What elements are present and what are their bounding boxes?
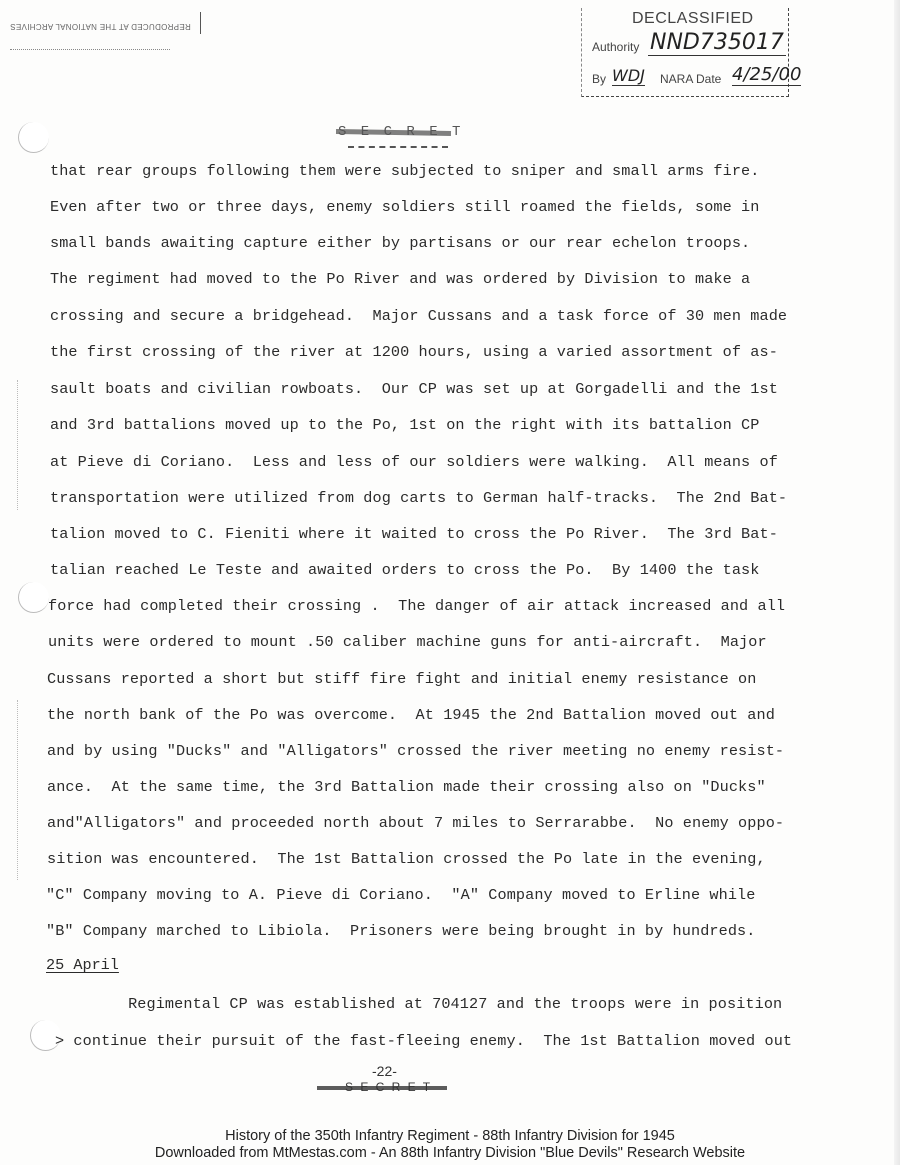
text-line: small bands awaiting capture either by p…: [50, 234, 750, 252]
footer-source-line: Downloaded from MtMestas.com - An 88th I…: [0, 1145, 900, 1162]
text-line: at Pieve di Coriano. Less and less of ou…: [50, 453, 778, 471]
text-line: talion moved to C. Fieniti where it wait…: [50, 525, 778, 543]
text-line: transportation were utilized from dog ca…: [50, 489, 787, 507]
text-line: units were ordered to mount .50 caliber …: [48, 633, 767, 651]
text-line: that rear groups following them were sub…: [50, 162, 759, 180]
text-line: the first crossing of the river at 1200 …: [50, 343, 778, 361]
text-line: force had completed their crossing . The…: [48, 597, 785, 615]
repro-stamp-underline: [10, 49, 170, 51]
classification-marking-top: S E C R E T: [338, 124, 463, 140]
nara-date-label: NARA Date: [660, 72, 721, 86]
text-line: sition was encountered. The 1st Battalio…: [47, 850, 766, 868]
text-line: Even after two or three days, enemy sold…: [50, 198, 759, 216]
text-line: and by using "Ducks" and "Alligators" cr…: [47, 742, 784, 760]
text-line: the north bank of the Po was overcome. A…: [47, 706, 775, 724]
text-line: talian reached Le Teste and awaited orde…: [50, 561, 759, 579]
nara-date-value: 4/25/00: [732, 64, 801, 86]
text-line: "B" Company marched to Libiola. Prisoner…: [46, 922, 755, 940]
punch-hole-mark: [18, 582, 49, 613]
text-line: and 3rd battalions moved up to the Po, 1…: [50, 416, 759, 434]
text-line: The regiment had moved to the Po River a…: [50, 270, 750, 288]
page-edge-shadow: [894, 0, 900, 1165]
archives-repro-stamp: REPRODUCED AT THE NATIONAL ARCHIVES: [10, 22, 191, 31]
strikethrough-mark: [317, 1086, 447, 1090]
text-line: > continue their pursuit of the fast-fle…: [55, 1032, 792, 1050]
footer-title-line: History of the 350th Infantry Regiment -…: [0, 1128, 900, 1145]
declassified-title: DECLASSIFIED: [632, 10, 754, 28]
page-number: -22-: [372, 1063, 397, 1079]
text-line: Regimental CP was established at 704127 …: [82, 995, 782, 1013]
margin-scan-line: [17, 380, 19, 510]
document-page: REPRODUCED AT THE NATIONAL ARCHIVES DECL…: [0, 0, 900, 1165]
punch-hole-mark: [18, 122, 49, 153]
text-line: "C" Company moving to A. Pieve di Corian…: [46, 886, 755, 904]
text-line: crossing and secure a bridgehead. Major …: [50, 307, 787, 325]
by-initials: WDJ: [612, 66, 645, 86]
authority-value: NND735017: [648, 30, 786, 56]
text-line: ance. At the same time, the 3rd Battalio…: [47, 778, 766, 796]
classification-marking-bottom: S E C R E T: [345, 1080, 432, 1094]
text-line: sault boats and civilian rowboats. Our C…: [50, 380, 778, 398]
section-heading-date: 25 April: [46, 956, 119, 974]
text-line: Cussans reported a short but stiff fire …: [47, 670, 756, 688]
declassified-stamp: DECLASSIFIED Authority NND735017 By WDJ …: [581, 8, 789, 97]
scan-tick-mark: [200, 12, 201, 34]
website-footer: History of the 350th Infantry Regiment -…: [0, 1128, 900, 1162]
by-label: By: [592, 72, 606, 86]
margin-scan-line: [17, 700, 19, 880]
text-line: and"Alligators" and proceeded north abou…: [47, 814, 784, 832]
authority-label: Authority: [592, 40, 639, 54]
dashed-underline: [348, 146, 448, 148]
